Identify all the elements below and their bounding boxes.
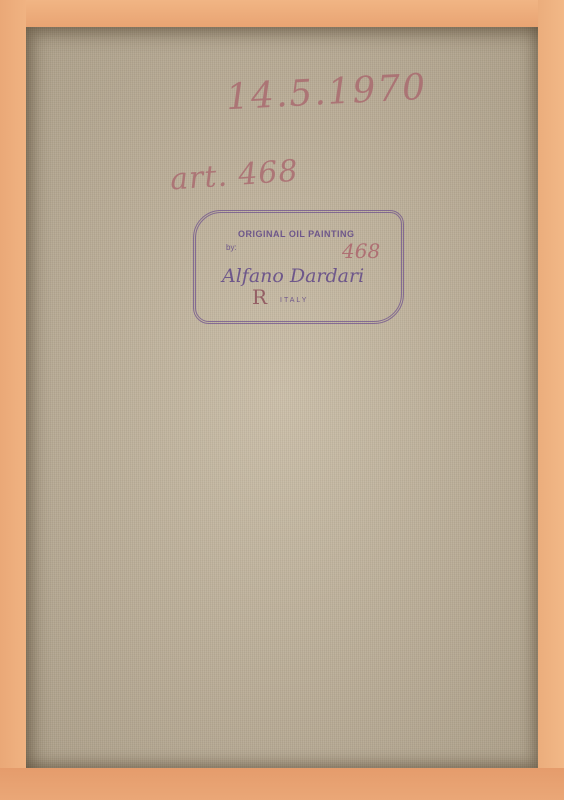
canvas-back <box>26 27 538 768</box>
artist-stamp: ORIGINAL OIL PAINTING by: 468 Alfano Dar… <box>193 210 404 324</box>
stamp-initial: R <box>252 285 267 309</box>
stamp-by-label: by: <box>226 243 237 252</box>
frame-left-bar <box>0 0 26 800</box>
stamp-title: ORIGINAL OIL PAINTING <box>238 229 355 239</box>
frame-bottom-bar <box>0 768 564 800</box>
frame-top-bar <box>0 0 564 27</box>
artist-signature: Alfano Dardari <box>222 265 364 287</box>
stamp-country: ITALY <box>280 297 308 304</box>
stamp-number: 468 <box>342 239 380 263</box>
frame-right-bar <box>538 0 564 800</box>
